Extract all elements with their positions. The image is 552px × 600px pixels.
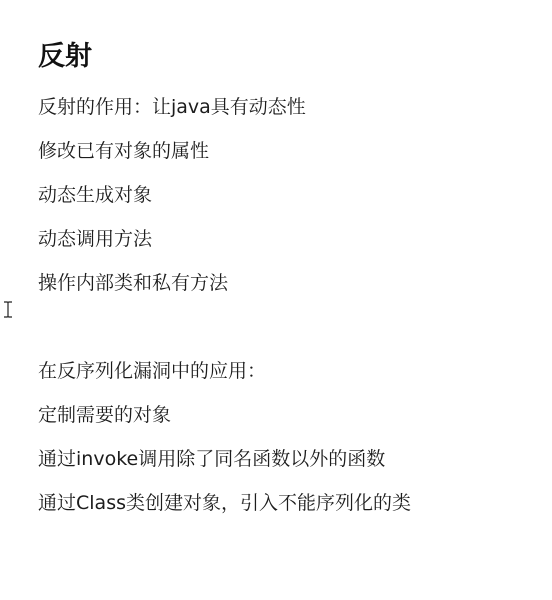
text-line: 动态生成对象 [38,183,152,207]
page-title: 反射 [38,40,92,74]
text-line: 通过Class类创建对象，引入不能序列化的类 [38,491,411,515]
text-cursor-icon [3,301,13,318]
text-line: 修改已有对象的属性 [38,139,209,163]
text-line: 定制需要的对象 [38,403,171,427]
text-line: 操作内部类和私有方法 [38,271,228,295]
text-line: 反射的作用：让java具有动态性 [38,95,306,119]
section-heading: 在反序列化漏洞中的应用： [38,359,266,383]
text-line: 动态调用方法 [38,227,152,251]
text-line: 通过invoke调用除了同名函数以外的函数 [38,447,385,471]
